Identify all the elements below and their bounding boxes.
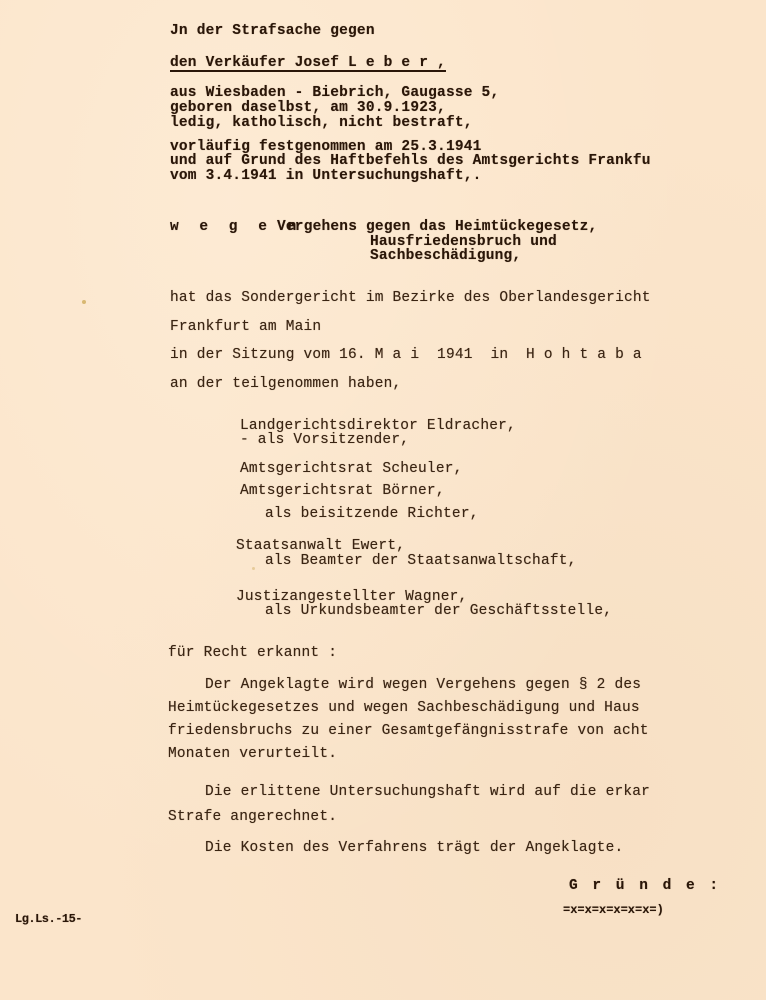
court-line-4: an der teilgenommen haben, [170,377,401,391]
defendant-detail-2: geboren daselbst, am 30.9.1923, [170,101,446,115]
margin-note: Lg.Ls.-15- [15,912,82,926]
participant-clerk-role: als Urkundsbeamter der Geschäftsstelle, [265,604,612,618]
court-line-1: hat das Sondergericht im Bezirke des Obe… [170,291,651,305]
custody-detail-2: und auf Grund des Haftbefehls des Amtsge… [170,154,651,168]
custody-detail-1: vorläufig festgenommen am 25.3.1941 [170,140,482,154]
case-title-line: Jn der Strafsache gegen [170,24,375,38]
defendant-line: den Verkäufer Josef L e b e r , [170,56,446,70]
defendant-detail-3: ledig, katholisch, nicht bestraft, [170,116,473,130]
participant-prosecutor-name: Staatsanwalt Ewert, [236,539,405,553]
participant-clerk-name: Justizangestellter Wagner, [236,590,467,604]
participant-judges-role: als beisitzende Richter, [265,507,479,521]
charge-line-3: Sachbeschädigung, [370,249,521,263]
verdict-p1-line-3: friedensbruchs zu einer Gesamtgefängniss… [168,724,649,738]
custody-detail-3: vom 3.4.1941 in Untersuchungshaft,. [170,169,482,183]
verdict-p1-line-2: Heimtückegesetzes und wegen Sachbeschädi… [168,701,640,715]
defendant-detail-1: aus Wiesbaden - Biebrich, Gaugasse 5, [170,86,499,100]
reasons-separator: =x=x=x=x=x=x=) [563,903,664,917]
reasons-heading: G r ü n d e : [569,879,721,893]
charge-line-2: Hausfriedensbruch und [370,235,557,249]
participant-judge-2-name: Amtsgerichtsrat Börner, [240,484,445,498]
verdict-p1-line-1: Der Angeklagte wird wegen Vergehens gege… [205,678,641,692]
court-line-3: in der Sitzung vom 16. M a i 1941 in H o… [170,348,642,362]
document-page: Jn der Strafsache gegen den Verkäufer Jo… [0,0,766,1000]
participant-prosecutor-role: als Beamter der Staatsanwaltschaft, [265,554,577,568]
charge-line-1: Vergehens gegen das Heimtückegesetz, [277,220,597,234]
paper-stain [252,567,255,570]
court-line-2: Frankfurt am Main [170,320,321,334]
verdict-p1-line-4: Monaten verurteilt. [168,747,337,761]
verdict-p2-line-1: Die erlittene Untersuchungshaft wird auf… [205,785,650,799]
verdict-p2-line-2: Strafe angerechnet. [168,810,337,824]
paper-stain [82,300,86,304]
verdict-intro: für Recht erkannt : [168,646,337,660]
participant-presiding-role: - als Vorsitzender, [240,433,409,447]
participant-judge-1-name: Amtsgerichtsrat Scheuler, [240,462,463,476]
participant-presiding-name: Landgerichtsdirektor Eldracher, [240,419,516,433]
verdict-p3-line-1: Die Kosten des Verfahrens trägt der Ange… [205,841,623,855]
